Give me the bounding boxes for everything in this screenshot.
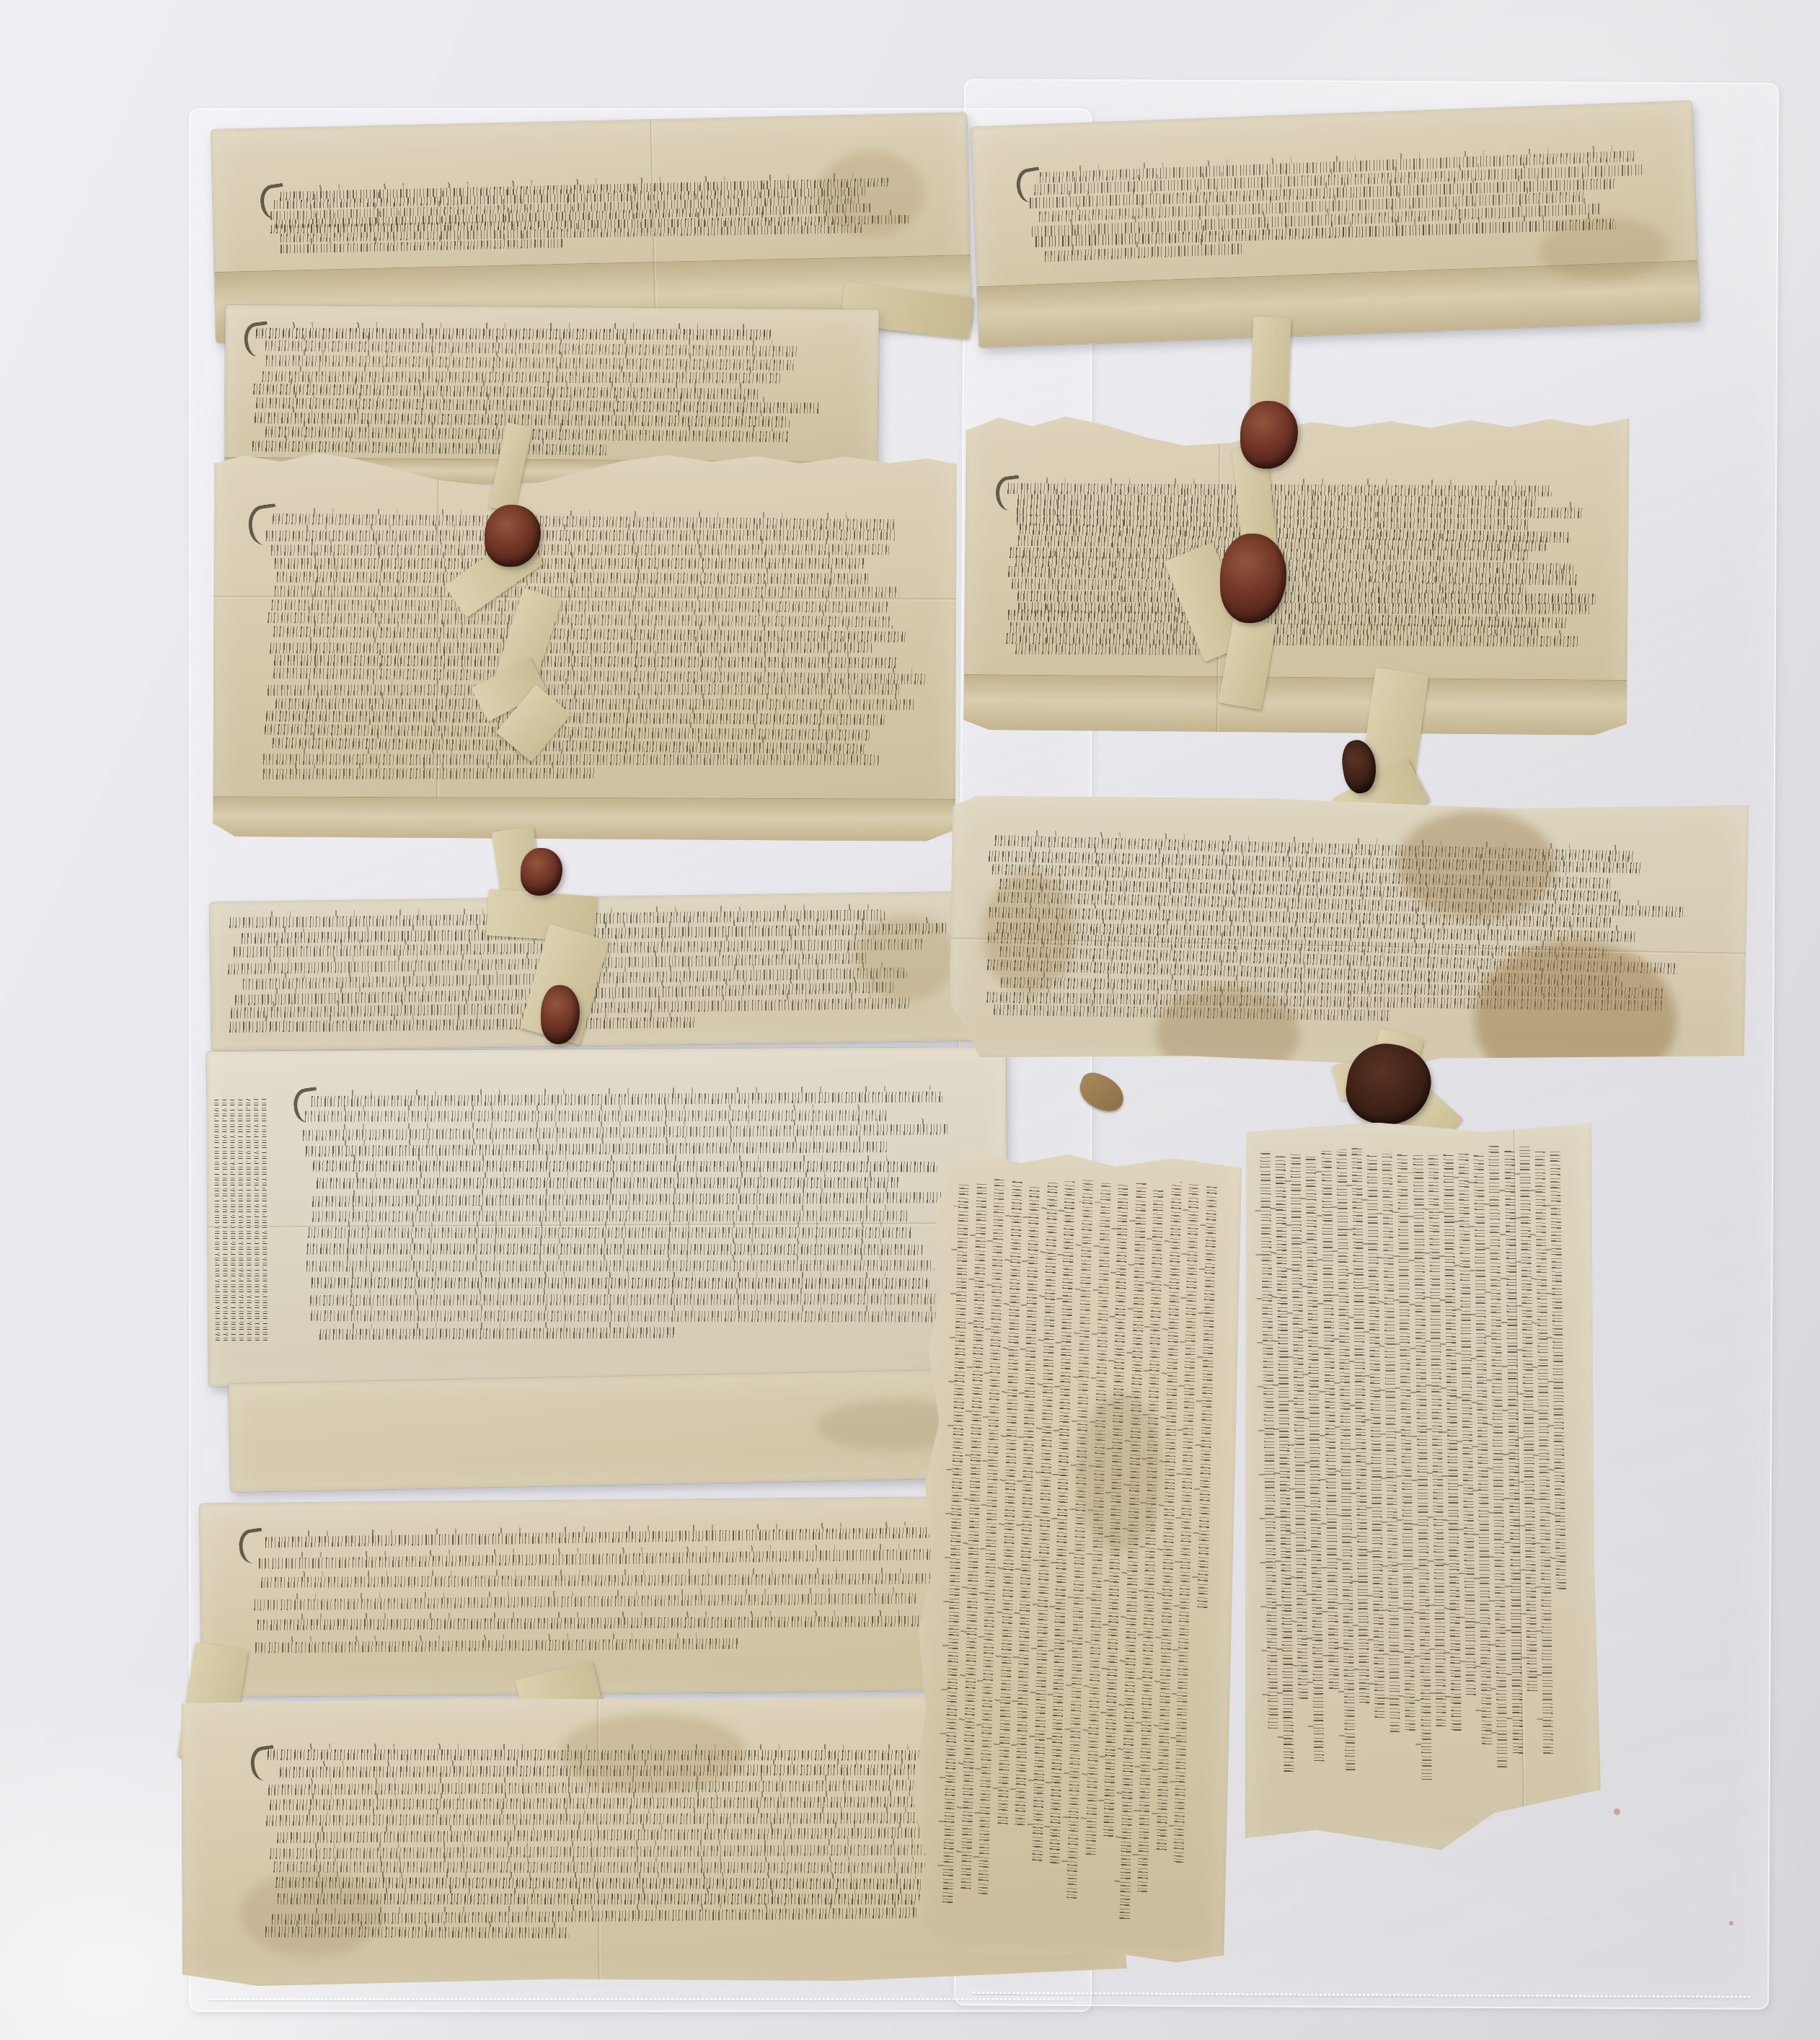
parchment-indenture-left-3 xyxy=(213,446,957,842)
script-text-block xyxy=(250,327,836,456)
red-speck xyxy=(1614,1809,1620,1815)
parchment-deed-right-3 xyxy=(948,790,1749,1072)
plica-fold xyxy=(213,796,955,842)
photograph-of-parchment-collection: Photograph of twelve medieval vellum cha… xyxy=(0,0,1820,2040)
stain xyxy=(559,1713,746,1793)
parchment-deed-left-5 xyxy=(207,1047,1007,1387)
sleeve-seam xyxy=(208,1998,1073,2000)
plica-fold xyxy=(963,674,1627,736)
red-speck xyxy=(1729,1921,1733,1925)
script-text-block xyxy=(247,1528,1007,1653)
script-text-block xyxy=(1004,482,1597,658)
marginal-annotation xyxy=(214,1095,269,1341)
parchment-strip-right-4 xyxy=(908,1144,1242,1964)
script-text-block xyxy=(302,1092,966,1340)
annotation-lines xyxy=(214,1098,268,1341)
crease xyxy=(436,446,441,839)
parchment-strip-right-5 xyxy=(1235,1120,1602,1853)
script-text-block xyxy=(942,1177,1216,1931)
script-text-block xyxy=(259,515,927,780)
parchment-deed-right-1 xyxy=(971,101,1700,348)
sleeve-seam xyxy=(973,1992,1750,1998)
parchment-indenture-right-2 xyxy=(963,401,1630,736)
page-title: Photograph of twelve medieval vellum cha… xyxy=(0,15,1,16)
stain xyxy=(239,1870,383,1957)
